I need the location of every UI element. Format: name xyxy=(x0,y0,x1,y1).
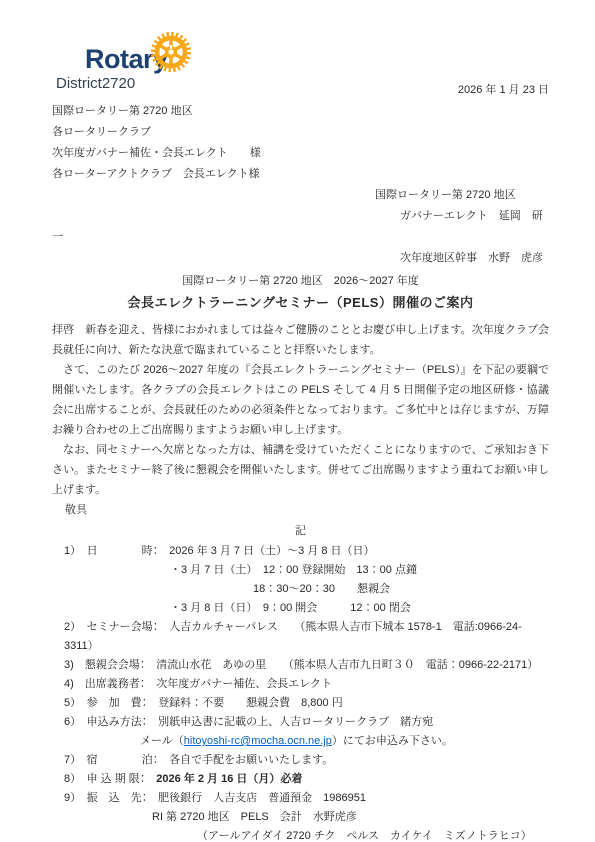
greeting-paragraph: 拝啓 新春を迎え、皆様におかれましては益々ご健勝のこととお慶び申し上げます。次年… xyxy=(52,320,549,360)
detail-bank-transfer: 9） 振 込 先： 肥後銀行 人吉支店 普通預金 1986951 xyxy=(52,789,549,808)
detail-lodging: 7） 宿 泊： 各自で手配をお願いいたします。 xyxy=(52,751,549,770)
deadline-value: 2026 年 2 月 16 日（月）必着 xyxy=(156,773,302,785)
detail-day2-schedule: ・3 月 8 日（日） 9：00 開会 12：00 閉会 xyxy=(52,599,549,618)
recipient-district: 国際ロータリー第 2720 地区 xyxy=(52,101,549,122)
detail-party-venue: 3) 懇親会会場： 清流山水花 あゆの里 （熊本県人吉市九日町３０ 電話：096… xyxy=(52,656,549,675)
rotary-wheel-icon xyxy=(150,31,192,73)
detail-bank-account-name: RI 第 2720 地区 PELS 会計 水野虎彦 xyxy=(52,808,549,827)
application-email-link[interactable]: hitoyoshi-rc@mocha.ocn.ne.jp xyxy=(184,735,332,747)
recipient-rotaract-clubs: 各ローターアクトクラブ 会長エレクト様 xyxy=(52,164,549,185)
detail-date: 1） 日 時： 2026 年 3 月 7 日（土）～3 月 8 日（日） xyxy=(52,542,549,561)
recipient-clubs: 各ロータリークラブ xyxy=(52,122,549,143)
detail-seminar-venue: 2） セミナー会場： 人吉カルチャーパレス （熊本県人吉市下城本 1578-1 … xyxy=(52,618,549,656)
note-paragraph: なお、同セミナーへ欠席となった方は、補講を受けていただくことになりますので、ご承… xyxy=(52,440,549,500)
detail-fee: 5） 参 加 費： 登録料：不要 懇親会費 8,800 円 xyxy=(52,694,549,713)
detail-required-attendees: 4) 出席義務者： 次年度ガバナー補佐、会長エレクト xyxy=(52,675,549,694)
rotary-logo: Rotary District2720 xyxy=(56,30,226,94)
sender-governor-elect: ガバナーエレクト 延岡 研 xyxy=(52,206,549,227)
deadline-label: 8） 申 込 期 限： xyxy=(64,773,156,785)
detail-application-method: 6） 申込み方法： 別紙申込書に記載の上、人吉ロータリークラブ 緒方宛 xyxy=(52,713,549,732)
body-paragraphs: 拝啓 新春を迎え、皆様におかれましては益々ご健勝のこととお慶び申し上げます。次年… xyxy=(52,320,549,500)
sender-district-secretary: 次年度地区幹事 水野 虎彦 xyxy=(52,248,549,269)
sender-district: 国際ロータリー第 2720 地区 xyxy=(52,185,549,206)
recipient-governor-assistants: 次年度ガバナー補佐・会長エレクト 様 xyxy=(52,143,549,164)
announcement-paragraph: さて、このたび 2026～2027 年度の『会長エレクトラーニングセミナー（PE… xyxy=(52,360,549,440)
record-mark: 記 xyxy=(52,521,549,542)
email-line-prefix: メール（ xyxy=(140,735,184,747)
detail-bank-account-kana: （アールアイダイ 2720 チク ペルス カイケイ ミズノトラヒコ） xyxy=(52,827,549,842)
detail-day1-schedule: ・3 月 7 日（土） 12：00 登録開始 13：00 点鐘 xyxy=(52,561,549,580)
email-line-suffix: ）にてお申込み下さい。 xyxy=(332,735,453,747)
detail-deadline: 8） 申 込 期 限： 2026 年 2 月 16 日（月）必着 xyxy=(52,770,549,789)
letter-title-line1: 国際ロータリー第 2720 地区 2026～2027 年度 xyxy=(52,271,549,292)
details-list: 1） 日 時： 2026 年 3 月 7 日（土）～3 月 8 日（日） ・3 … xyxy=(52,542,549,842)
letter-content: 2026 年 1 月 23 日 国際ロータリー第 2720 地区 各ロータリーク… xyxy=(0,0,595,842)
detail-day1-party: 18：30～20：30 懇親会 xyxy=(52,580,549,599)
sender-name-wrap-char: 一 xyxy=(52,227,549,248)
sender-block: 国際ロータリー第 2720 地区 ガバナーエレクト 延岡 研 一 次年度地区幹事… xyxy=(52,185,549,269)
letter-page: Rotary District2720 2026 年 1 月 23 日 xyxy=(0,0,595,842)
detail-application-email-line: メール（hitoyoshi-rc@mocha.ocn.ne.jp）にてお申込み下… xyxy=(52,732,549,751)
letter-title-line2: 会長エレクトラーニングセミナー（PELS）開催のご案内 xyxy=(52,292,549,314)
recipient-block: 国際ロータリー第 2720 地区 各ロータリークラブ 次年度ガバナー補佐・会長エ… xyxy=(52,101,549,185)
closing-keigu: 敬具 xyxy=(52,500,549,521)
logo-district-text: District2720 xyxy=(56,75,135,92)
